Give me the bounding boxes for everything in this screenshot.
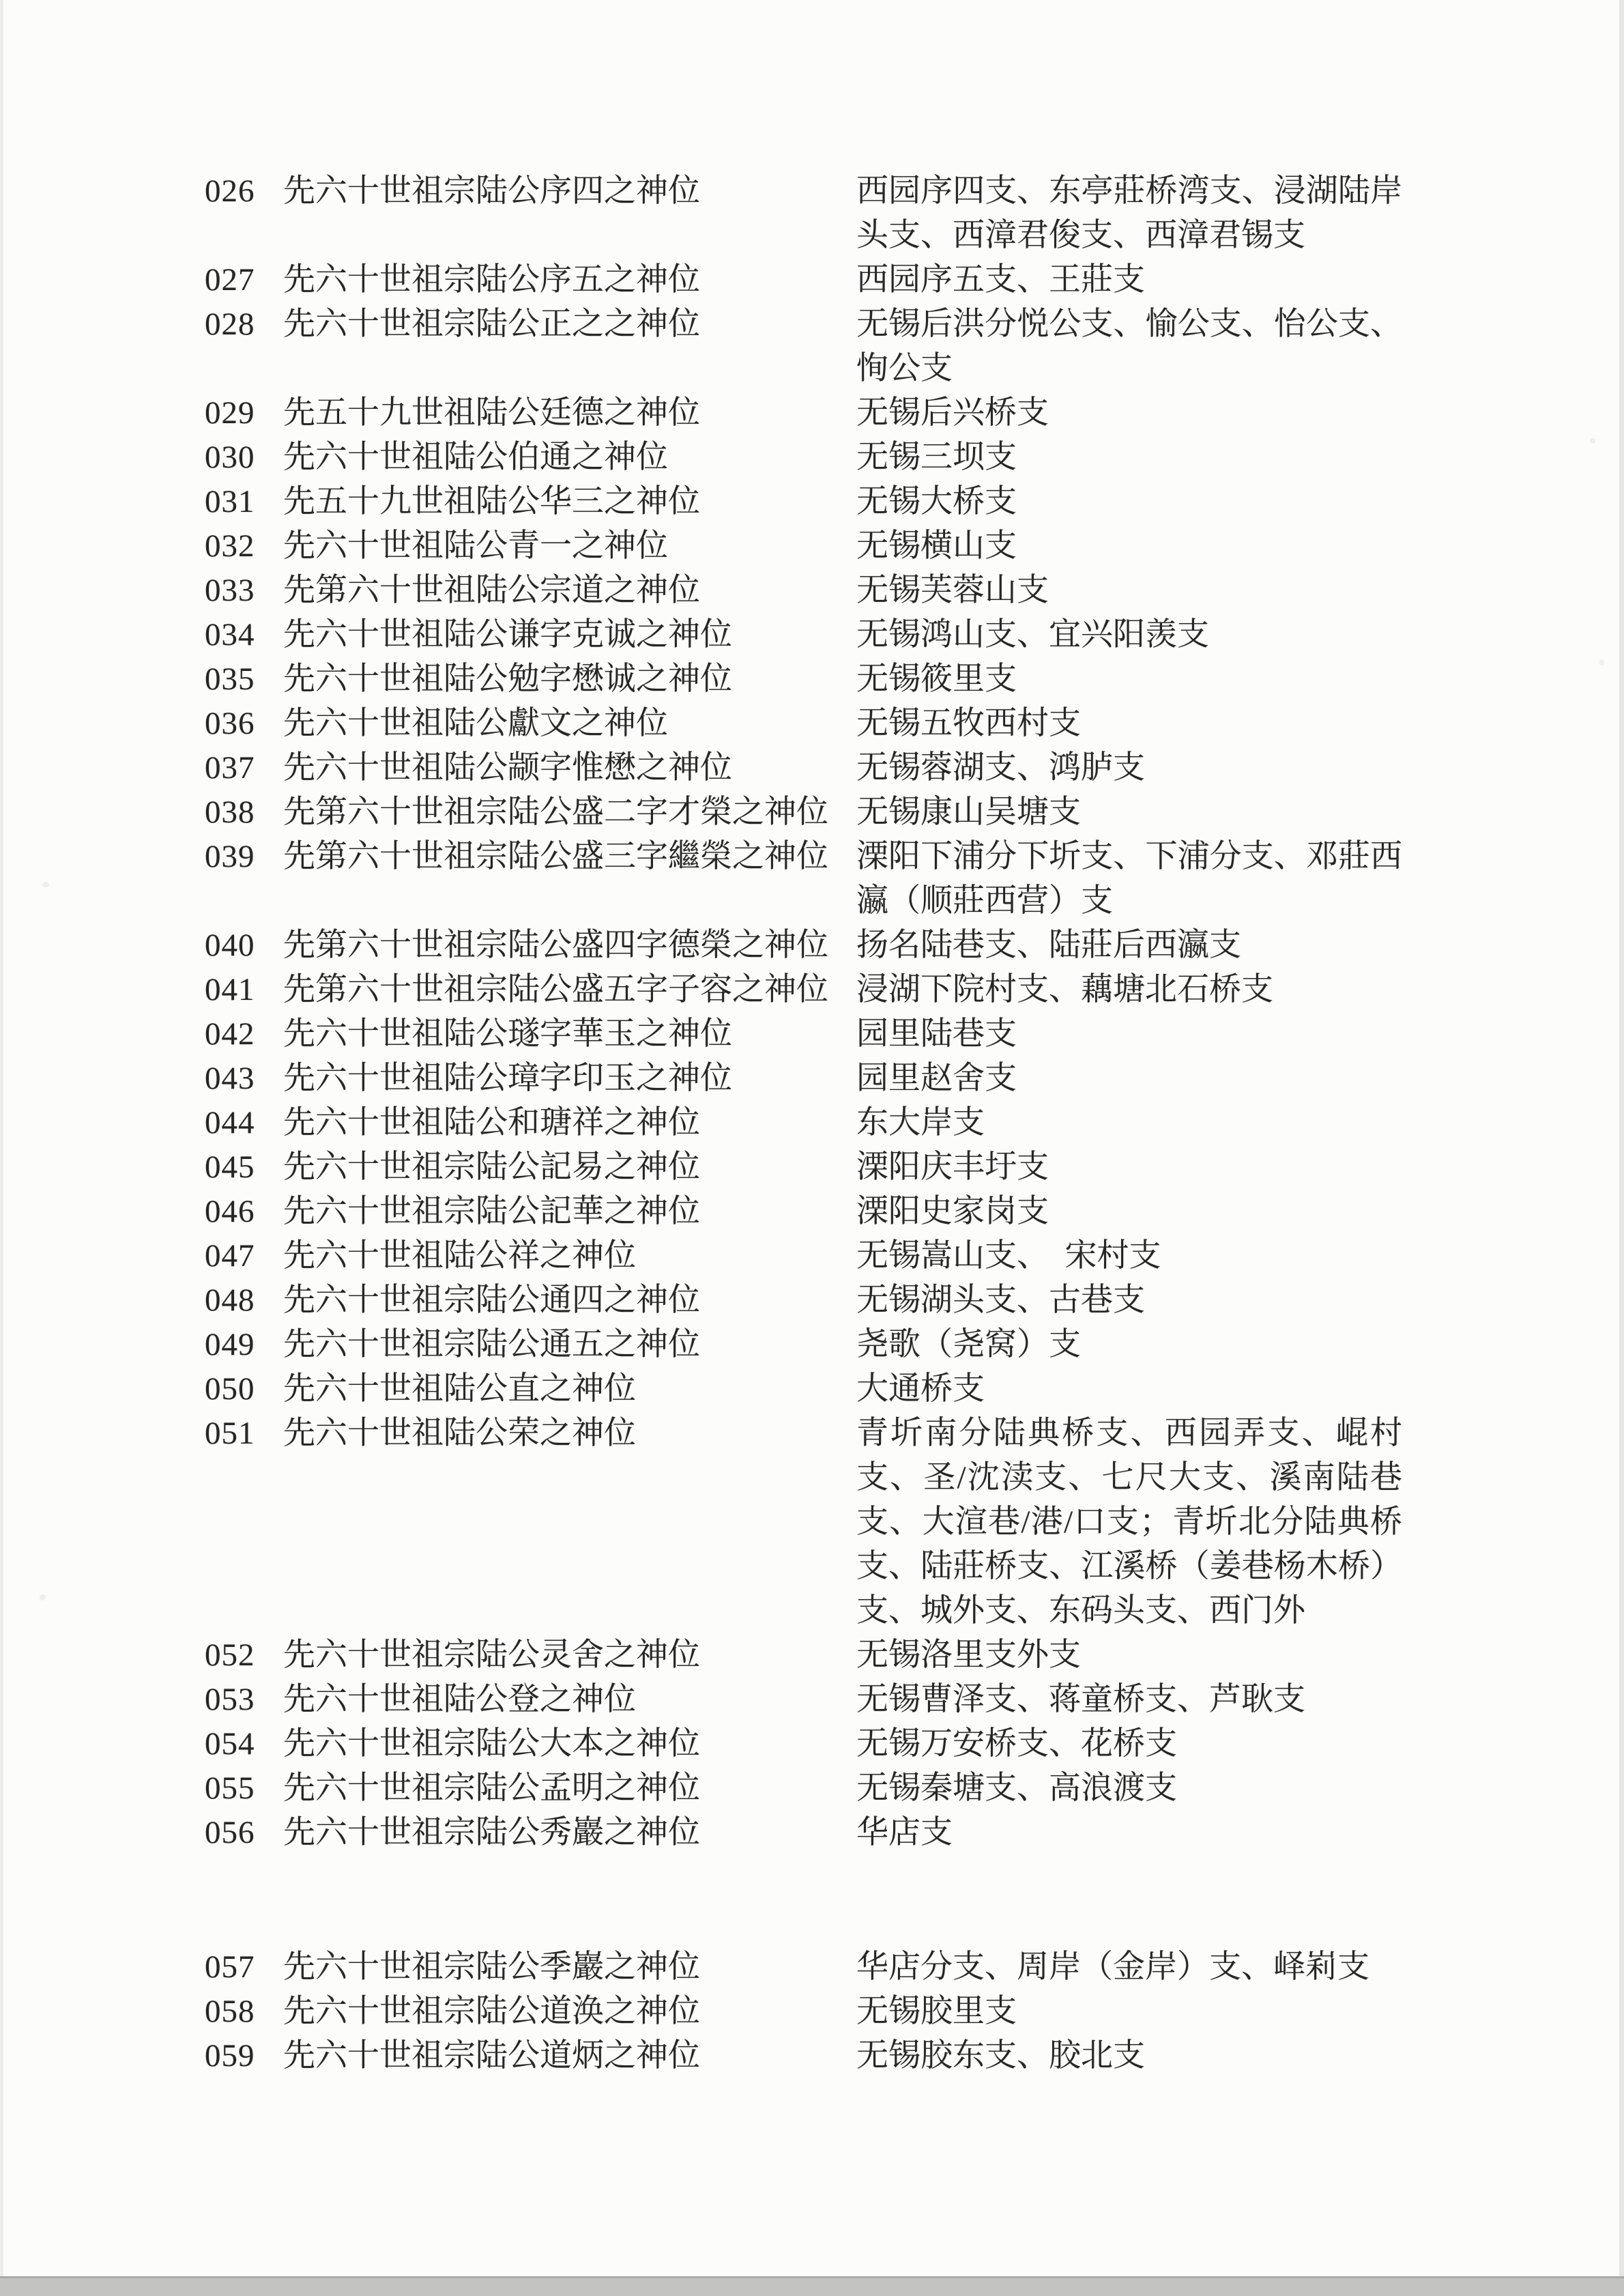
tablet-title: 先六十世祖宗陆公序五之神位 bbox=[283, 258, 856, 302]
entry-number: 056 bbox=[205, 1811, 283, 1855]
table-row: 049先六十世祖宗陆公通五之神位尧歌（尧窝）支 bbox=[205, 1323, 1624, 1367]
tablet-title: 先六十世祖宗陆公記易之神位 bbox=[283, 1145, 856, 1190]
entry-number: 032 bbox=[205, 524, 283, 569]
branch-names: 溧阳史家岗支 bbox=[856, 1190, 1402, 1234]
table-row: 036先六十世祖陆公獻文之神位无锡五牧西村支 bbox=[205, 702, 1624, 746]
tablet-title: 先六十世祖陆公和瑭祥之神位 bbox=[283, 1101, 856, 1145]
entry-number: 038 bbox=[205, 790, 283, 835]
scan-edge-right bbox=[1619, 0, 1624, 2296]
table-row: 031先五十九世祖陆公华三之神位无锡大桥支 bbox=[205, 480, 1624, 524]
entry-number: 046 bbox=[205, 1190, 283, 1234]
branch-names: 园里陆巷支 bbox=[856, 1012, 1402, 1057]
branch-names: 无锡大桥支 bbox=[856, 480, 1402, 524]
table-row: 058先六十世祖宗陆公道涣之神位无锡胶里支 bbox=[205, 1990, 1624, 2034]
branch-names: 华店分支、周岸（金岸）支、峄峲支 bbox=[856, 1945, 1402, 1990]
table-row: 040先第六十世祖宗陆公盛四字德榮之神位扬名陆巷支、陆莊后西瀛支 bbox=[205, 923, 1624, 968]
branch-names: 无锡后洪分悦公支、愉公支、怡公支、恂公支 bbox=[856, 302, 1402, 391]
table-row: 054先六十世祖宗陆公大本之神位无锡万安桥支、花桥支 bbox=[205, 1722, 1624, 1766]
tablet-title: 先第六十世祖宗陆公盛三字繼榮之神位 bbox=[283, 835, 856, 879]
entry-number: 050 bbox=[205, 1367, 283, 1411]
tablet-title: 先六十世祖宗陆公道涣之神位 bbox=[283, 1990, 856, 2034]
table-row: 055先六十世祖宗陆公孟明之神位无锡秦塘支、高浪渡支 bbox=[205, 1766, 1624, 1811]
tablet-title: 先六十世祖宗陆公正之之神位 bbox=[283, 302, 856, 347]
page: 026先六十世祖宗陆公序四之神位西园序四支、东亭莊桥湾支、浸湖陆岸头支、西漳君俊… bbox=[0, 0, 1624, 2296]
table-row: 056先六十世祖宗陆公秀巖之神位华店支 bbox=[205, 1811, 1624, 1855]
entry-number: 027 bbox=[205, 258, 283, 302]
table-row: 044先六十世祖陆公和瑭祥之神位东大岸支 bbox=[205, 1101, 1624, 1145]
entry-number: 044 bbox=[205, 1101, 283, 1145]
entry-number: 051 bbox=[205, 1411, 283, 1456]
entry-number: 042 bbox=[205, 1012, 283, 1057]
entry-number: 039 bbox=[205, 835, 283, 879]
branch-names: 无锡胶东支、胶北支 bbox=[856, 2034, 1402, 2078]
tablet-title: 先六十世祖陆公登之神位 bbox=[283, 1678, 856, 1722]
table-row: 035先六十世祖陆公勉字懋诚之神位无锡筱里支 bbox=[205, 657, 1624, 702]
entry-number: 031 bbox=[205, 480, 283, 524]
branch-names: 园里赵舍支 bbox=[856, 1057, 1402, 1101]
scan-edge-left bbox=[0, 0, 3, 2296]
scan-speck bbox=[1599, 659, 1604, 665]
tablet-title: 先六十世祖宗陆公大本之神位 bbox=[283, 1722, 856, 1766]
table-row: 042先六十世祖陆公璲字華玉之神位园里陆巷支 bbox=[205, 1012, 1624, 1057]
branch-names: 浸湖下院村支、藕塘北石桥支 bbox=[856, 968, 1402, 1012]
branch-names: 无锡胶里支 bbox=[856, 1990, 1402, 2034]
table-row: 047先六十世祖陆公祥之神位无锡嵩山支、 宋村支 bbox=[205, 1234, 1624, 1278]
entry-number: 036 bbox=[205, 702, 283, 746]
branch-names: 无锡鸿山支、宜兴阳羡支 bbox=[856, 613, 1402, 657]
entry-number: 052 bbox=[205, 1633, 283, 1678]
tablet-title: 先六十世祖宗陆公記華之神位 bbox=[283, 1190, 856, 1234]
scan-speck bbox=[42, 882, 49, 887]
tablet-title: 先五十九世祖陆公华三之神位 bbox=[283, 480, 856, 524]
table-row: 026先六十世祖宗陆公序四之神位西园序四支、东亭莊桥湾支、浸湖陆岸头支、西漳君俊… bbox=[205, 169, 1624, 258]
branch-names: 溧阳下浦分下圻支、下浦分支、邓莊西瀛（顺莊西营）支 bbox=[856, 835, 1402, 923]
table-row: 048先六十世祖宗陆公通四之神位无锡湖头支、古巷支 bbox=[205, 1278, 1624, 1323]
entry-number: 028 bbox=[205, 302, 283, 347]
branch-names: 溧阳庆丰圩支 bbox=[856, 1145, 1402, 1190]
scan-speck bbox=[1590, 438, 1595, 444]
entry-number: 058 bbox=[205, 1990, 283, 2034]
tablet-title: 先六十世祖宗陆公通五之神位 bbox=[283, 1323, 856, 1367]
scan-edge-bottom bbox=[0, 2276, 1624, 2296]
branch-names: 青圻南分陆典桥支、西园弄支、崐村支、圣/沈渎支、七尺大支、溪南陆巷支、大渲巷/港… bbox=[856, 1411, 1402, 1633]
branch-names: 尧歌（尧窝）支 bbox=[856, 1323, 1402, 1367]
branch-names: 无锡三坝支 bbox=[856, 435, 1402, 480]
branch-names: 大通桥支 bbox=[856, 1367, 1402, 1411]
tablet-title: 先六十世祖陆公璋字印玉之神位 bbox=[283, 1057, 856, 1101]
tablet-title: 先六十世祖宗陆公季巖之神位 bbox=[283, 1945, 856, 1990]
entry-number: 041 bbox=[205, 968, 283, 1012]
table-row: 032先六十世祖陆公青一之神位无锡横山支 bbox=[205, 524, 1624, 569]
tablet-title: 先六十世祖宗陆公秀巖之神位 bbox=[283, 1811, 856, 1855]
tablet-title: 先第六十世祖宗陆公盛二字才榮之神位 bbox=[283, 790, 856, 835]
table-row: 052先六十世祖宗陆公灵舍之神位无锡洛里支外支 bbox=[205, 1633, 1624, 1678]
tablet-title: 先五十九世祖陆公廷德之神位 bbox=[283, 391, 856, 435]
branch-names: 无锡万安桥支、花桥支 bbox=[856, 1722, 1402, 1766]
table-row: 034先六十世祖陆公谦字克诚之神位无锡鸿山支、宜兴阳羡支 bbox=[205, 613, 1624, 657]
tablet-title: 先六十世祖宗陆公通四之神位 bbox=[283, 1278, 856, 1323]
tablet-title: 先六十世祖陆公伯通之神位 bbox=[283, 435, 856, 480]
table-row: 046先六十世祖宗陆公記華之神位溧阳史家岗支 bbox=[205, 1190, 1624, 1234]
branch-names: 无锡曹泽支、蒋童桥支、芦耿支 bbox=[856, 1678, 1402, 1722]
branch-names: 无锡湖头支、古巷支 bbox=[856, 1278, 1402, 1323]
tablet-title: 先六十世祖宗陆公孟明之神位 bbox=[283, 1766, 856, 1811]
entry-number: 059 bbox=[205, 2034, 283, 2078]
entry-number: 026 bbox=[205, 169, 283, 214]
table-row: 053先六十世祖陆公登之神位无锡曹泽支、蒋童桥支、芦耿支 bbox=[205, 1678, 1624, 1722]
tablet-title: 先六十世祖宗陆公序四之神位 bbox=[283, 169, 856, 214]
branch-names: 无锡蓉湖支、鸿胪支 bbox=[856, 746, 1402, 790]
entry-number: 043 bbox=[205, 1057, 283, 1101]
entry-number: 037 bbox=[205, 746, 283, 790]
tablet-title: 先六十世祖陆公颛字惟懋之神位 bbox=[283, 746, 856, 790]
tablet-title: 先六十世祖宗陆公道炳之神位 bbox=[283, 2034, 856, 2078]
table-row: 038先第六十世祖宗陆公盛二字才榮之神位无锡康山吴塘支 bbox=[205, 790, 1624, 835]
table-row: 050先六十世祖陆公直之神位大通桥支 bbox=[205, 1367, 1624, 1411]
entry-number: 055 bbox=[205, 1766, 283, 1811]
tablet-title: 先六十世祖陆公直之神位 bbox=[283, 1367, 856, 1411]
entry-number: 048 bbox=[205, 1278, 283, 1323]
tablet-title: 先六十世祖陆公荣之神位 bbox=[283, 1411, 856, 1456]
entries-table: 026先六十世祖宗陆公序四之神位西园序四支、东亭莊桥湾支、浸湖陆岸头支、西漳君俊… bbox=[0, 0, 1624, 2078]
branch-names: 无锡洛里支外支 bbox=[856, 1633, 1402, 1678]
entry-number: 047 bbox=[205, 1234, 283, 1278]
table-row: 027先六十世祖宗陆公序五之神位西园序五支、王莊支 bbox=[205, 258, 1624, 302]
entry-number: 053 bbox=[205, 1678, 283, 1722]
branch-names: 无锡芙蓉山支 bbox=[856, 569, 1402, 613]
scan-speck bbox=[40, 1594, 46, 1601]
entry-number: 035 bbox=[205, 657, 283, 702]
entry-number: 029 bbox=[205, 391, 283, 435]
table-row: 057先六十世祖宗陆公季巖之神位华店分支、周岸（金岸）支、峄峲支 bbox=[205, 1945, 1624, 1990]
branch-names: 无锡康山吴塘支 bbox=[856, 790, 1402, 835]
table-row: 051先六十世祖陆公荣之神位青圻南分陆典桥支、西园弄支、崐村支、圣/沈渎支、七尺… bbox=[205, 1411, 1624, 1633]
tablet-title: 先六十世祖陆公祥之神位 bbox=[283, 1234, 856, 1278]
tablet-title: 先六十世祖陆公璲字華玉之神位 bbox=[283, 1012, 856, 1057]
tablet-title: 先第六十世祖宗陆公盛五字子容之神位 bbox=[283, 968, 856, 1012]
tablet-title: 先六十世祖宗陆公灵舍之神位 bbox=[283, 1633, 856, 1678]
entry-number: 040 bbox=[205, 923, 283, 968]
branch-names: 无锡秦塘支、高浪渡支 bbox=[856, 1766, 1402, 1811]
branch-names: 东大岸支 bbox=[856, 1101, 1402, 1145]
entry-number: 057 bbox=[205, 1945, 283, 1990]
table-row: 028先六十世祖宗陆公正之之神位无锡后洪分悦公支、愉公支、怡公支、恂公支 bbox=[205, 302, 1624, 391]
table-row: 045先六十世祖宗陆公記易之神位溧阳庆丰圩支 bbox=[205, 1145, 1624, 1190]
tablet-title: 先六十世祖陆公勉字懋诚之神位 bbox=[283, 657, 856, 702]
branch-names: 无锡五牧西村支 bbox=[856, 702, 1402, 746]
tablet-title: 先六十世祖陆公谦字克诚之神位 bbox=[283, 613, 856, 657]
table-row: 059先六十世祖宗陆公道炳之神位无锡胶东支、胶北支 bbox=[205, 2034, 1624, 2078]
tablet-title: 先第六十世祖宗陆公盛四字德榮之神位 bbox=[283, 923, 856, 968]
table-row: 029先五十九世祖陆公廷德之神位无锡后兴桥支 bbox=[205, 391, 1624, 435]
table-row: 039先第六十世祖宗陆公盛三字繼榮之神位溧阳下浦分下圻支、下浦分支、邓莊西瀛（顺… bbox=[205, 835, 1624, 923]
entry-number: 049 bbox=[205, 1323, 283, 1367]
branch-names: 华店支 bbox=[856, 1811, 1402, 1855]
table-row: 033先第六十世祖陆公宗道之神位无锡芙蓉山支 bbox=[205, 569, 1624, 613]
branch-names: 西园序四支、东亭莊桥湾支、浸湖陆岸头支、西漳君俊支、西漳君锡支 bbox=[856, 169, 1402, 258]
entry-number: 034 bbox=[205, 613, 283, 657]
entry-number: 030 bbox=[205, 435, 283, 480]
tablet-title: 先第六十世祖陆公宗道之神位 bbox=[283, 569, 856, 613]
table-row: 041先第六十世祖宗陆公盛五字子容之神位浸湖下院村支、藕塘北石桥支 bbox=[205, 968, 1624, 1012]
tablet-title: 先六十世祖陆公青一之神位 bbox=[283, 524, 856, 569]
tablet-title: 先六十世祖陆公獻文之神位 bbox=[283, 702, 856, 746]
branch-names: 无锡筱里支 bbox=[856, 657, 1402, 702]
table-row: 030先六十世祖陆公伯通之神位无锡三坝支 bbox=[205, 435, 1624, 480]
branch-names: 无锡后兴桥支 bbox=[856, 391, 1402, 435]
entry-number: 054 bbox=[205, 1722, 283, 1766]
branch-names: 无锡嵩山支、 宋村支 bbox=[856, 1234, 1402, 1278]
entry-number: 045 bbox=[205, 1145, 283, 1190]
entry-number: 033 bbox=[205, 569, 283, 613]
branch-names: 西园序五支、王莊支 bbox=[856, 258, 1402, 302]
table-row: 037先六十世祖陆公颛字惟懋之神位无锡蓉湖支、鸿胪支 bbox=[205, 746, 1624, 790]
branch-names: 无锡横山支 bbox=[856, 524, 1402, 569]
branch-names: 扬名陆巷支、陆莊后西瀛支 bbox=[856, 923, 1402, 968]
table-row: 043先六十世祖陆公璋字印玉之神位园里赵舍支 bbox=[205, 1057, 1624, 1101]
